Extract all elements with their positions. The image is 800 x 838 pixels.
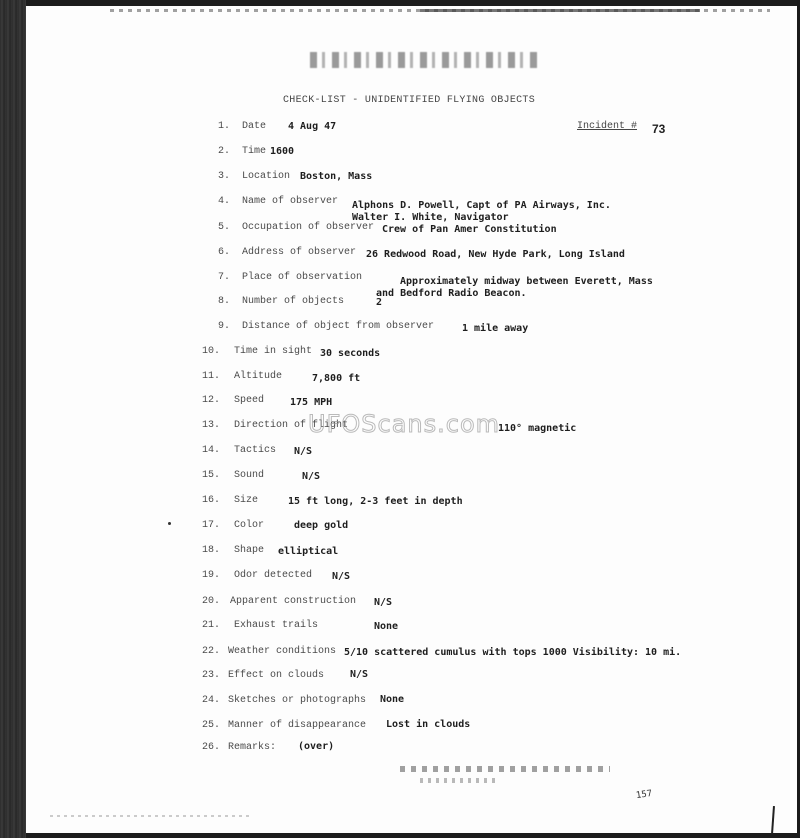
item-number: 22. (202, 646, 220, 657)
item-label: Manner of disappearance (228, 720, 366, 731)
item-number: 13. (202, 420, 220, 431)
item-value: 175 MPH (290, 397, 332, 408)
item-label: Size (234, 495, 258, 506)
scan-noise-top-bar (420, 9, 700, 12)
item-label: Occupation of observer (242, 222, 374, 233)
item-number: 23. (202, 670, 220, 681)
item-label: Effect on clouds (228, 670, 324, 681)
item-value: Boston, Mass (300, 171, 372, 182)
item-label: Number of objects (242, 296, 344, 307)
scan-edge-bottom (26, 833, 800, 838)
item-number: 12. (202, 395, 220, 406)
item-label: Name of observer (242, 196, 338, 207)
item-value: Alphons D. Powell, Capt of PA Airways, I… (352, 200, 611, 211)
item-label: Time in sight (234, 346, 312, 357)
item-value: 15 ft long, 2-3 feet in depth (288, 496, 463, 507)
item-number: 18. (202, 545, 220, 556)
item-value: N/S (350, 669, 368, 680)
scan-speck (168, 522, 171, 525)
item-label: Sketches or photographs (228, 695, 366, 706)
item-number: 11. (202, 371, 220, 382)
item-value-line2: and Bedford Radio Beacon. (376, 288, 527, 299)
item-label: Sound (234, 470, 264, 481)
item-value: N/S (294, 446, 312, 457)
item-number: 5. (218, 222, 230, 233)
item-value: 7,800 ft (312, 373, 360, 384)
item-value: 2 (376, 297, 382, 308)
item-number: 26. (202, 742, 220, 753)
watermark: UFOScans.com (308, 410, 500, 438)
item-number: 7. (218, 272, 230, 283)
scan-noise-bottom (50, 815, 250, 817)
item-number: 20. (202, 596, 220, 607)
incident-label: Incident # (577, 121, 637, 132)
faded-footer-stamp (400, 766, 610, 772)
item-value: N/S (302, 471, 320, 482)
item-label: Address of observer (242, 247, 356, 258)
item-value-line2: Walter I. White, Navigator (352, 212, 509, 223)
item-label: Time (242, 146, 266, 157)
item-value: deep gold (294, 520, 348, 531)
item-label: Color (234, 520, 264, 531)
item-number: 1. (218, 121, 230, 132)
item-number: 9. (218, 321, 230, 332)
item-value: Lost in clouds (386, 719, 470, 730)
scan-edge-left (0, 0, 26, 838)
item-value: None (380, 694, 404, 705)
incident-value: 73 (652, 122, 665, 136)
item-number: 17. (202, 520, 220, 531)
pen-mark (771, 806, 775, 834)
item-label: Remarks: (228, 742, 276, 753)
item-number: 15. (202, 470, 220, 481)
item-number: 4. (218, 196, 230, 207)
item-value: Approximately midway between Everett, Ma… (400, 276, 653, 287)
faded-footer-stamp-line2 (420, 778, 500, 783)
item-label: Shape (234, 545, 264, 556)
item-value: 26 Redwood Road, New Hyde Park, Long Isl… (366, 249, 625, 260)
item-number: 2. (218, 146, 230, 157)
item-label: Place of observation (242, 272, 362, 283)
item-label: Speed (234, 395, 264, 406)
faded-classification-stamp (310, 52, 540, 68)
item-value: 5/10 scattered cumulus with tops 1000 Vi… (344, 647, 681, 658)
item-number: 10. (202, 346, 220, 357)
item-number: 24. (202, 695, 220, 706)
item-value: 1 mile away (462, 323, 528, 334)
item-number: 3. (218, 171, 230, 182)
item-label: Tactics (234, 445, 276, 456)
item-label: Altitude (234, 371, 282, 382)
item-label: Apparent construction (230, 596, 356, 607)
item-label: Odor detected (234, 570, 312, 581)
item-number: 6. (218, 247, 230, 258)
item-value: (over) (298, 741, 334, 752)
item-value: elliptical (278, 546, 338, 557)
scan-edge-top (26, 0, 800, 6)
item-number: 21. (202, 620, 220, 631)
document-title: CHECK-LIST - UNIDENTIFIED FLYING OBJECTS (283, 95, 535, 106)
item-value: N/S (332, 571, 350, 582)
item-value: 30 seconds (320, 348, 380, 359)
item-number: 19. (202, 570, 220, 581)
item-label: Date (242, 121, 266, 132)
item-number: 16. (202, 495, 220, 506)
incident-number: Incident # 73 (577, 121, 637, 132)
item-value: 4 Aug 47 (288, 121, 336, 132)
item-number: 8. (218, 296, 230, 307)
item-value: N/S (374, 597, 392, 608)
item-label: Exhaust trails (234, 620, 318, 631)
item-number: 14. (202, 445, 220, 456)
item-label: Weather conditions (228, 646, 336, 657)
item-value: 110° magnetic (498, 423, 576, 434)
scanned-document: CHECK-LIST - UNIDENTIFIED FLYING OBJECTS… (0, 0, 800, 838)
item-label: Distance of object from observer (242, 321, 434, 332)
item-value: Crew of Pan Amer Constitution (382, 224, 557, 235)
item-number: 25. (202, 720, 220, 731)
handwritten-page-number: 157 (635, 789, 652, 801)
item-label: Location (242, 171, 290, 182)
item-value: None (374, 621, 398, 632)
item-value: 1600 (270, 146, 294, 157)
